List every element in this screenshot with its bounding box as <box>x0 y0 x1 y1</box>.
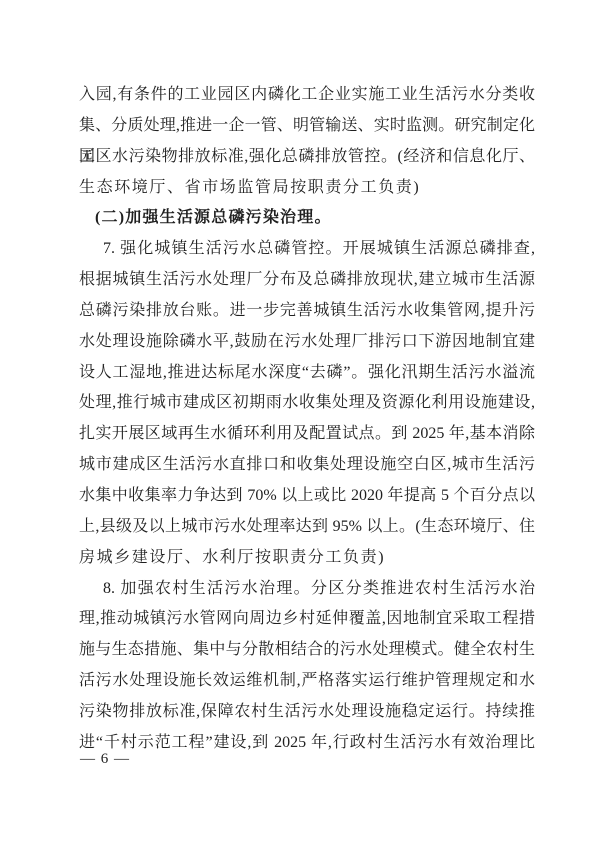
text-line: 生态环境厅、省市场监管局按职责分工负责) <box>79 173 535 204</box>
text-line: 房城乡建设厅、水利厅按职责分工负责) <box>79 543 535 574</box>
text-line: 8. 加强农村生活污水治理。分区分类推进农村生活污水治 <box>79 574 535 605</box>
document-body: 入园,有条件的工业园区内磷化工企业实施工业生活污水分类收集、分质处理,推进一企一… <box>79 80 535 759</box>
text-line: 扎实开展区域再生水循环利用及配置试点。到 2025 年,基本消除 <box>79 419 535 450</box>
document-page: 入园,有条件的工业园区内磷化工企业实施工业生活污水分类收集、分质处理,推进一企一… <box>0 0 600 848</box>
text-line: 理,推动城镇污水管网向周边乡村延伸覆盖,因地制宜采取工程措 <box>79 604 535 635</box>
text-line: 活污水处理设施长效运维机制,严格落实运行维护管理规定和水 <box>79 666 535 697</box>
text-line: 水集中收集率力争达到 70% 以上或比 2020 年提高 5 个百分点以 <box>79 481 535 512</box>
text-line: 施与生态措施、集中与分散相结合的污水处理模式。健全农村生 <box>79 635 535 666</box>
text-line: 设人工湿地,推进达标尾水深度“去磷”。强化汛期生活污水溢流 <box>79 358 535 389</box>
section-heading: (二)加强生活源总磷污染治理。 <box>79 203 535 234</box>
text-line: 污染物排放标准,保障农村生活污水处理设施稳定运行。持续推 <box>79 697 535 728</box>
text-line: 入园,有条件的工业园区内磷化工企业实施工业生活污水分类收 <box>79 80 535 111</box>
text-line: 上,县级及以上城市污水处理率达到 95% 以上。(生态环境厅、住 <box>79 512 535 543</box>
text-line: 进“千村示范工程”建设,到 2025 年,行政村生活污水有效治理比 <box>79 728 535 759</box>
text-line: 根据城镇生活污水处理厂分布及总磷排放现状,建立城市生活源 <box>79 265 535 296</box>
text-line: 7. 强化城镇生活污水总磷管控。开展城镇生活源总磷排查, <box>79 234 535 265</box>
text-line: 园区水污染物排放标准,强化总磷排放管控。(经济和信息化厅、 <box>79 142 535 173</box>
text-line: 处理,推行城市建成区初期雨水收集处理及资源化利用设施建设, <box>79 388 535 419</box>
text-line: 城市建成区生活污水直排口和收集处理设施空白区,城市生活污 <box>79 450 535 481</box>
text-line: 总磷污染排放台账。进一步完善城镇生活污水收集管网,提升污 <box>79 296 535 327</box>
text-line: 水处理设施除磷水平,鼓励在污水处理厂排污口下游因地制宜建 <box>79 327 535 358</box>
page-number: — 6 — <box>80 751 130 768</box>
text-line: 集、分质处理,推进一企一管、明管输送、实时监测。研究制定化工 <box>79 111 535 142</box>
